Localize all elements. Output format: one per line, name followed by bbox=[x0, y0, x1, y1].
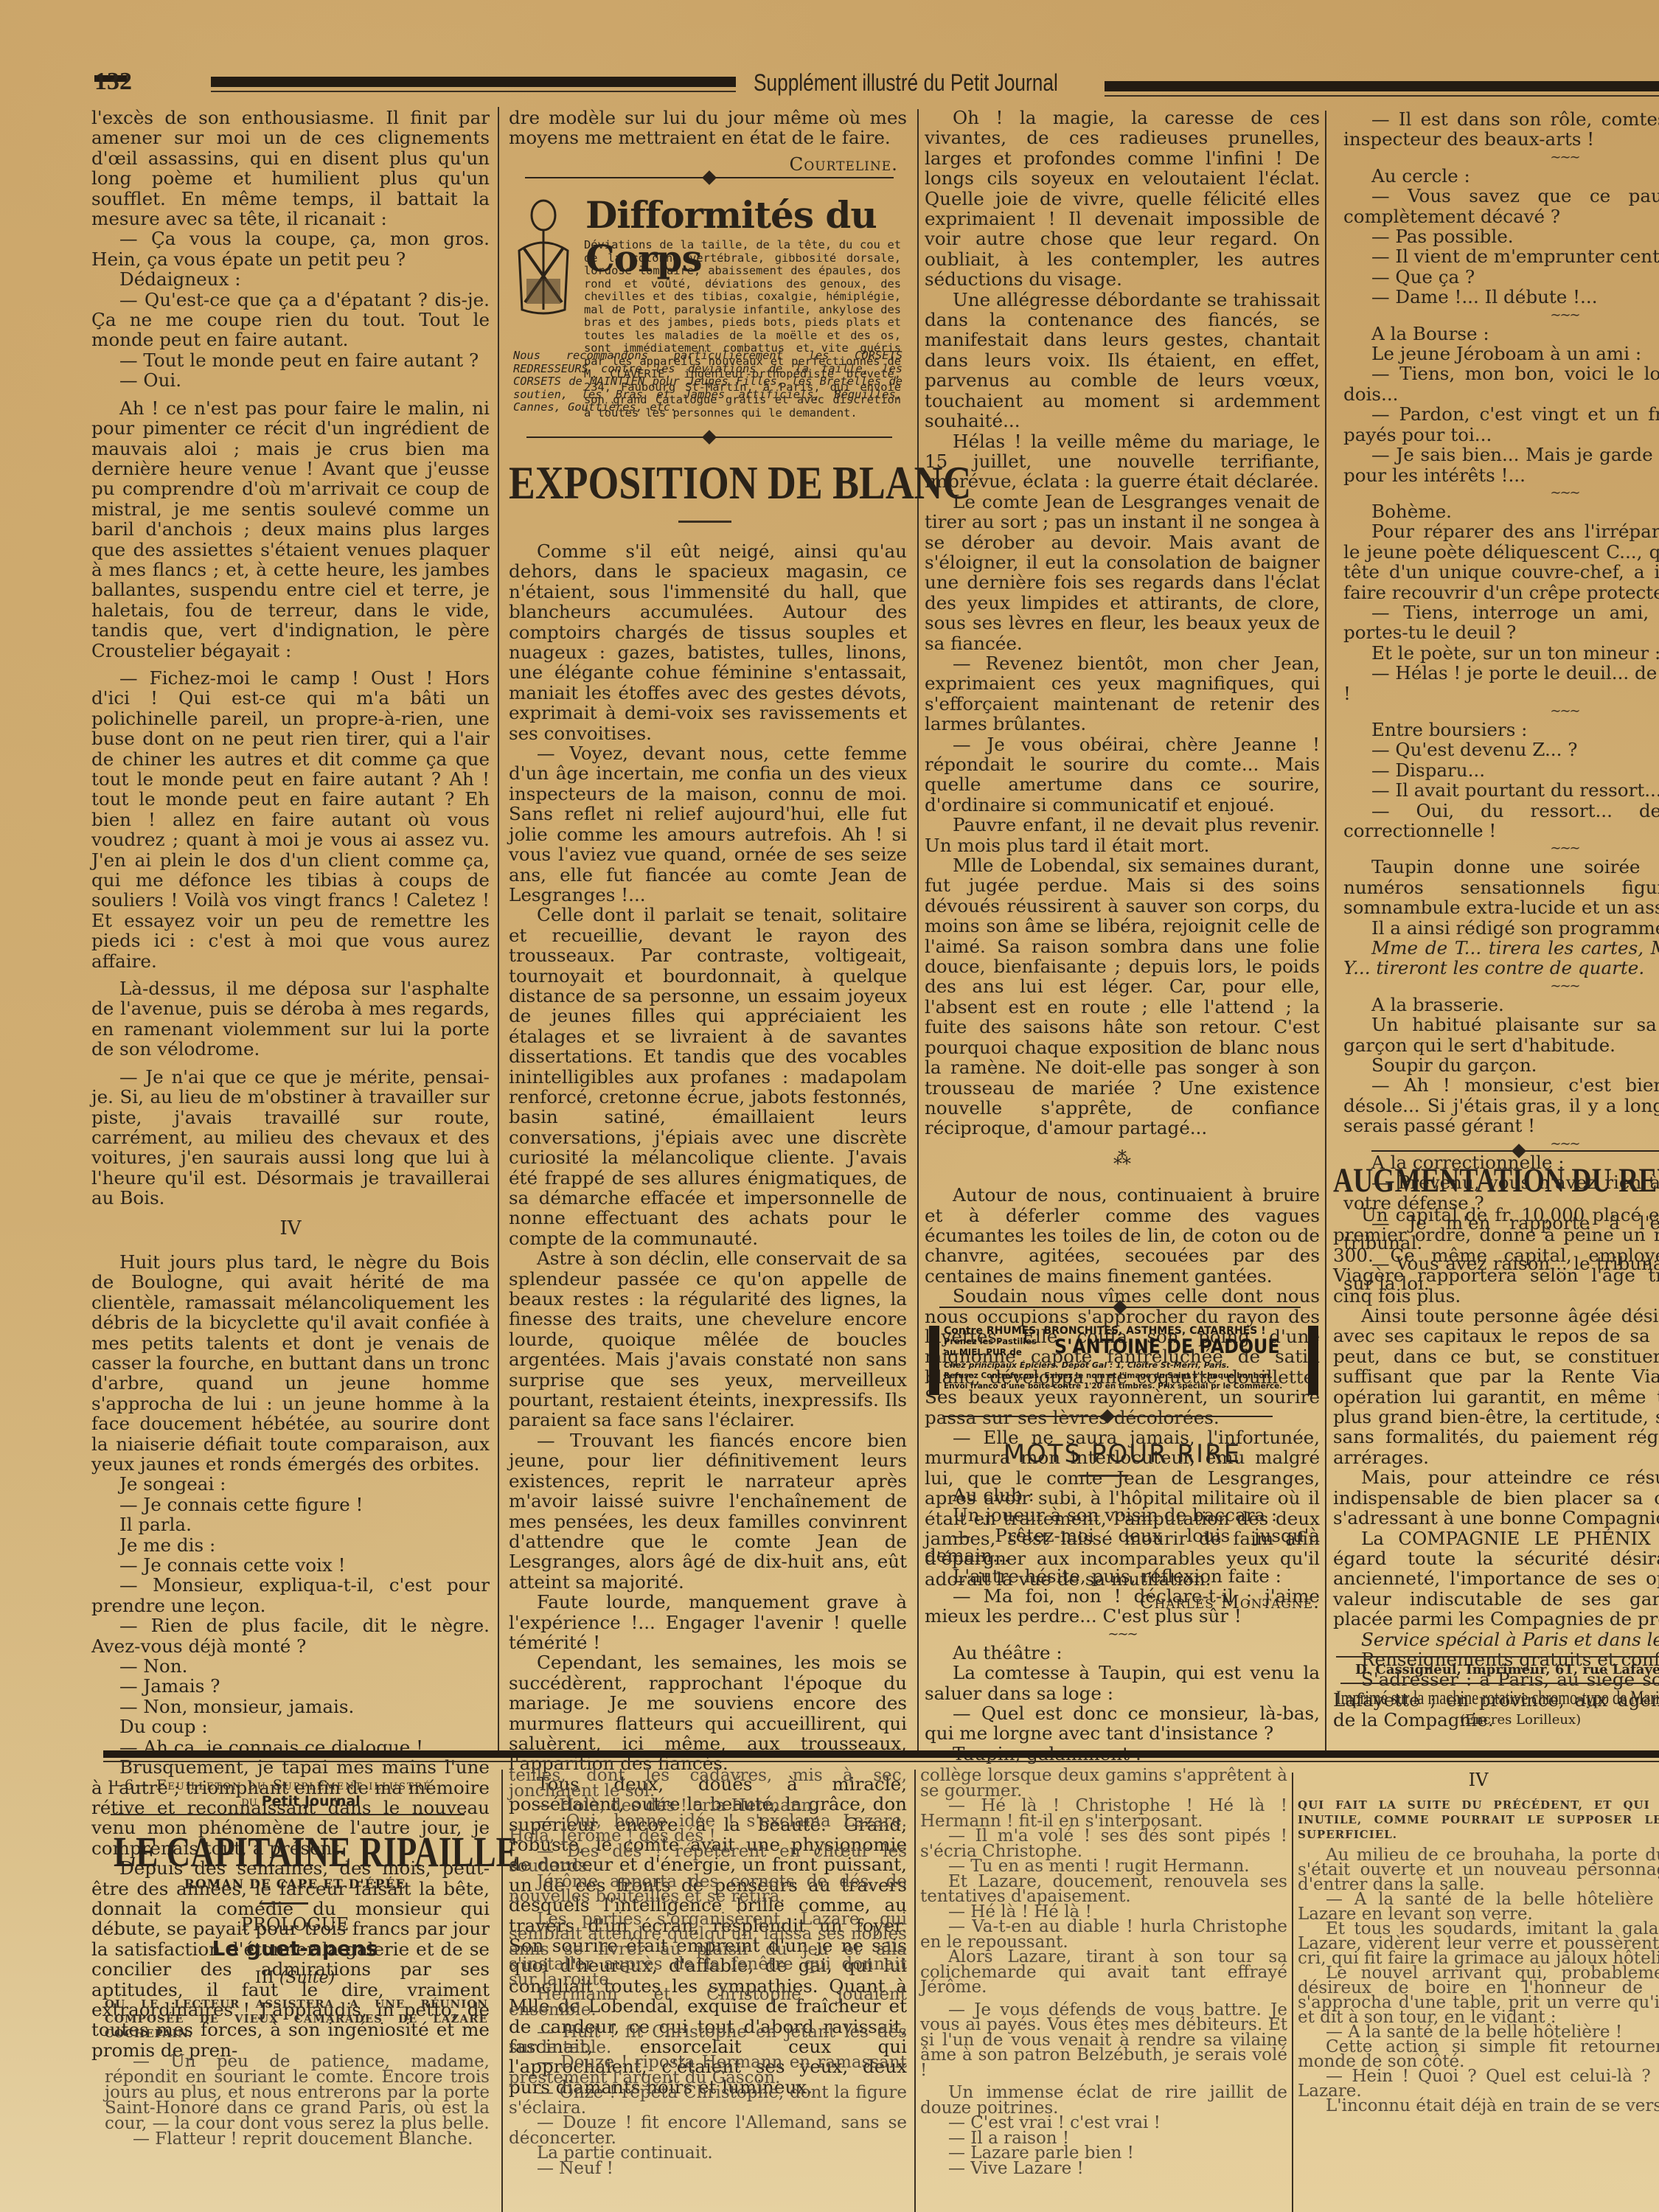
ornamental-divider bbox=[1371, 1150, 1659, 1152]
paragraph: — Tout le monde peut en faire autant ? bbox=[91, 350, 490, 370]
joke-line: Pour réparer des ans l'irréparable outra… bbox=[1343, 521, 1659, 602]
paragraph: Alors Lazare, tirant à son tour sa colic… bbox=[920, 1950, 1287, 1995]
feuilleton-column-2: teilles, dont les cadavres, mis à sec, j… bbox=[509, 1768, 907, 2176]
serial-part-title: Le guet-apens bbox=[96, 1936, 494, 1961]
chapter-numeral: IV bbox=[1298, 1770, 1659, 1790]
paragraph: — Ça vous la coupe, ça, mon gros. Hein, … bbox=[91, 229, 490, 269]
paragraph: — Oui. bbox=[91, 370, 490, 390]
joke-line: Il a ainsi rédigé son programme : bbox=[1343, 918, 1659, 938]
story-ending: dre modèle sur lui du jour même où mes m… bbox=[509, 108, 907, 148]
joke-line: — Vous savez que ce pauvre X... est comp… bbox=[1343, 186, 1659, 226]
paragraph: — Je n'ai que ce que je mérite, pensai-j… bbox=[91, 1067, 490, 1208]
paragraph: — Huit ! fit Christophe en jetant les dé… bbox=[509, 2025, 907, 2055]
joke-line: A la Bourse : bbox=[1343, 324, 1659, 344]
paragraph: Au milieu de ce brouhaha, la porte du ca… bbox=[1298, 1848, 1659, 1892]
feuilleton-rule bbox=[111, 1814, 465, 1815]
paragraph: — Je vous défends de vous battre. Je vou… bbox=[920, 2003, 1287, 2079]
joke-line: — Que ça ? bbox=[1343, 267, 1659, 287]
paragraph: Dédaigneux : bbox=[91, 269, 490, 289]
author-signature: Courteline. bbox=[509, 154, 898, 174]
ad-line: Chez principaux Épiciers. Dépôt Gal : 1,… bbox=[944, 1360, 1304, 1371]
paragraph: — Non. bbox=[91, 1656, 490, 1676]
joke-line: Au théâtre : bbox=[925, 1643, 1320, 1663]
column-divider-1 bbox=[498, 107, 499, 1755]
paragraph: — Oui, bonne idée ! s'exclama Lazare. Ho… bbox=[509, 1814, 907, 1844]
joke-separator: ∼∼∼ bbox=[925, 1630, 1320, 1640]
paragraph: — Flatteur ! reprit doucement Blanche. bbox=[105, 2132, 490, 2147]
advertisement-pastilles[interactable]: Contre RHUMES, BRONCHITES, ASTHMES, CATA… bbox=[929, 1326, 1318, 1395]
joke-line: Au club : bbox=[925, 1485, 1320, 1505]
title-underline bbox=[260, 1902, 308, 1905]
joke-line: Bohème. bbox=[1343, 501, 1659, 521]
joke-line: — Qu'est devenu Z... ? bbox=[1343, 740, 1659, 759]
feuilleton-paragraphs: teilles, dont les cadavres, mis à sec, j… bbox=[509, 1768, 907, 2176]
joke-line: Taupin donne une soirée : parmi les numé… bbox=[1343, 857, 1659, 917]
joke-line: — Prêtez-moi deux louis jusqu'à demain..… bbox=[925, 1526, 1320, 1566]
joke-line: Mme de T... tirera les cartes, MM. de X.… bbox=[1343, 938, 1659, 978]
paragraph: — Onze ! répéta Christophe, dont la figu… bbox=[509, 2085, 907, 2115]
paragraph: — Neuf ! bbox=[509, 2161, 907, 2177]
joke-line: — Hélas ! je porte le deuil... de mon ch… bbox=[1343, 663, 1659, 703]
chapter-suffix: (Suite) bbox=[279, 1969, 335, 1987]
story-column-2: dre modèle sur lui du jour même où mes m… bbox=[509, 108, 907, 174]
joke-line: A la brasserie. bbox=[1343, 995, 1659, 1015]
imprint-rule bbox=[1340, 1683, 1659, 1684]
joke-separator: ∼∼∼ bbox=[1343, 844, 1659, 854]
serial-subtitle: ROMAN DE CAPE ET D'ÉPÉE bbox=[96, 1877, 494, 1892]
article-title: EXPOSITION DE BLANC bbox=[509, 456, 971, 510]
joke-line: — Il avait pourtant du ressort... bbox=[1343, 780, 1659, 800]
serial-part: PROLOGUE bbox=[96, 1914, 494, 1935]
ad-line: au MIEL PUR de bbox=[944, 1348, 1022, 1357]
joke-separator: ∼∼∼ bbox=[1343, 706, 1659, 717]
paragraph: Le comte Jean de Lesgranges venait de ti… bbox=[925, 492, 1320, 653]
paragraph: — Qu'est-ce que ça a d'épatant ? dis-je.… bbox=[91, 290, 490, 350]
joke-separator: ∼∼∼ bbox=[1343, 1139, 1659, 1150]
paragraph: Mlle de Lobendal, six semaines durant, f… bbox=[925, 855, 1320, 1138]
joke-separator: ∼∼∼ bbox=[1343, 488, 1659, 498]
chapter-summary: OU LE LECTEUR ASSISTERA A UNE RÉUNION CO… bbox=[105, 1997, 488, 2041]
paragraph: — Douze ! riposta Hermann en ramassant p… bbox=[509, 2055, 907, 2085]
ad-paragraph: La COMPAGNIE LE PHÉNIX offre à cet égard… bbox=[1333, 1528, 1659, 1630]
jokes-column-3: Au club :Un joueur à son voisin de bacca… bbox=[925, 1485, 1320, 1764]
feuilleton-separator-thin bbox=[103, 1761, 1659, 1762]
paragraph: Astre à son déclin, elle conservait de s… bbox=[509, 1248, 907, 1430]
joke-line: — Disparu... bbox=[1343, 760, 1659, 780]
paragraph: — Je connais cette figure ! bbox=[91, 1495, 490, 1514]
paragraph: Ah ! ce n'est pas pour faire le malin, n… bbox=[91, 398, 490, 661]
ornamental-divider bbox=[526, 437, 892, 438]
serial-title: LE CAPITAINE RIPAILLE bbox=[114, 1827, 518, 1877]
story-column-1: l'excès de son enthousiasme. Il finit pa… bbox=[91, 108, 490, 2060]
section-title-mots-pour-rire: MOTS POUR RIRE bbox=[925, 1439, 1320, 1469]
feuilleton-paragraphs: — Un peu de patience, madame, répondit e… bbox=[105, 2054, 490, 2147]
printer-imprint: D. Cassigneul, Imprimeur, 61, rue Lafaye… bbox=[1355, 1662, 1659, 1677]
feuilleton-divider-3 bbox=[1292, 1773, 1293, 2212]
jokes-list: — Il est dans son rôle, comtesse : c'est… bbox=[1343, 109, 1659, 1294]
paragraph: — Il m'a volé ! ses dés sont pipés ! s'é… bbox=[920, 1829, 1287, 1859]
paragraph: Pauvre enfant, il ne devait plus revenir… bbox=[925, 815, 1320, 855]
paragraph: — Va-t-en au diable ! hurla Christophe e… bbox=[920, 1919, 1287, 1950]
column-divider-3 bbox=[1325, 111, 1326, 1755]
joke-line: Et le poète, sur un ton mineur : bbox=[1343, 643, 1659, 663]
joke-line: — Ma foi, non ! déclare-t-il ; j'aime mi… bbox=[925, 1586, 1320, 1627]
paragraph: collège lorsque deux gamins s'apprêtent … bbox=[920, 1768, 1287, 1798]
ad-paragraph: Un capital de fr. 10,000 placé en valeur… bbox=[1333, 1205, 1659, 1306]
header-rule-left-thin bbox=[211, 91, 736, 92]
paragraph: Un immense éclat de rire jaillit de douz… bbox=[920, 2085, 1287, 2115]
paragraph: — Hé là ! Christophe ! Hé là ! Hermann !… bbox=[920, 1798, 1287, 1829]
section-numeral: IV bbox=[91, 1219, 490, 1239]
paragraph: — Douze ! fit encore l'Allemand, sans se… bbox=[509, 2115, 907, 2146]
paragraph: Jérôme apporta des cornets de dés, de no… bbox=[509, 1874, 907, 1905]
ad-paragraph: Ainsi toute personne âgée désirant assur… bbox=[1333, 1306, 1659, 1467]
ad-line: Prenez les Pastilles bbox=[944, 1337, 1037, 1346]
paragraph: Cette action si simple fit retourner tou… bbox=[1298, 2039, 1659, 2069]
paragraph: — Non, monsieur, jamais. bbox=[91, 1697, 490, 1717]
joke-line: — Il vient de m'emprunter cent sous. bbox=[1343, 246, 1659, 266]
paragraph: — Fichez-moi le camp ! Oust ! Hors d'ici… bbox=[91, 668, 490, 971]
ornamental-divider bbox=[525, 177, 894, 178]
paragraph: — A la santé de la belle hôtelière ! s'é… bbox=[1298, 1892, 1659, 1921]
paragraph: teilles, dont les cadavres, mis à sec, j… bbox=[509, 1768, 907, 1798]
joke-line: Au cercle : bbox=[1343, 166, 1659, 186]
story-paragraphs: l'excès de son enthousiasme. Il finit pa… bbox=[91, 108, 490, 1208]
joke-line: — Ah ! monsieur, c'est bien ce qui me dé… bbox=[1343, 1075, 1659, 1135]
feuilleton-journal-name: Petit Journal bbox=[262, 1793, 361, 1809]
paragraph: — Un peu de patience, madame, répondit e… bbox=[105, 2054, 490, 2132]
paragraph: Une allégresse débordante se trahissait … bbox=[925, 290, 1320, 431]
title-underline bbox=[1079, 1475, 1128, 1477]
ornamental-divider bbox=[942, 1416, 1273, 1417]
paragraph: Comme s'il eût neigé, ainsi qu'au dehors… bbox=[509, 541, 907, 743]
advertisement-difformites[interactable]: Difformités du Corps Déviations de la ta… bbox=[513, 193, 904, 437]
advertisement-rente-viagere[interactable]: AUGMENTATION DU REVENU Un capital de fr.… bbox=[1333, 1161, 1659, 1731]
corset-illustration-icon bbox=[513, 199, 574, 324]
joke-line: Un joueur à son voisin de baccara : bbox=[925, 1505, 1320, 1525]
paragraph: — Revenez bientôt, mon cher Jean, exprim… bbox=[925, 653, 1320, 734]
title-underline bbox=[678, 521, 731, 523]
paragraph: Les parties s'organisèrent. Lazare, qui … bbox=[509, 1912, 907, 1988]
paragraph: Je me dis : bbox=[91, 1535, 490, 1555]
inks-credit: (Encres Lorilleux) bbox=[1460, 1712, 1581, 1728]
header-rule-right-thin bbox=[1105, 95, 1659, 97]
paragraph: l'excès de son enthousiasme. Il finit pa… bbox=[91, 108, 490, 229]
paragraph: L'inconnu était déjà en train de se vers… bbox=[1298, 2098, 1659, 2113]
joke-line: Soupir du garçon. bbox=[1343, 1055, 1659, 1075]
paragraph: Hermann et Christophe jouaient ensemble. bbox=[509, 1987, 907, 2017]
joke-line: — Je sais bien... Mais je garde les ving… bbox=[1343, 445, 1659, 485]
paragraph: Faute lourde, manquement grave à l'expér… bbox=[509, 1592, 907, 1652]
paragraph: Là-dessus, il me déposa sur l'asphalte d… bbox=[91, 978, 490, 1060]
joke-separator: ∼∼∼ bbox=[1343, 981, 1659, 992]
feuilleton-column-4: Au milieu de ce brouhaha, la porte du ca… bbox=[1298, 1848, 1659, 2113]
ad-paragraph: Service spécial à Paris et dans les Agen… bbox=[1333, 1630, 1659, 1649]
joke-line: — Il est dans son rôle, comtesse : c'est… bbox=[1343, 109, 1659, 150]
ad-brand: S'ANTOINE DE PADOUE bbox=[1054, 1335, 1280, 1359]
header-rule-right bbox=[1105, 81, 1659, 91]
joke-line: — Pardon, c'est vingt et un francs que j… bbox=[1343, 404, 1659, 445]
joke-line: Entre boursiers : bbox=[1343, 720, 1659, 740]
ad-recommendation: Nous recommandons particulièrement les C… bbox=[513, 349, 902, 414]
feuilleton-heading: Feuilleton du Supplément illustré bbox=[156, 1777, 432, 1793]
paragraph: — Je vous obéirai, chère Jeanne ! répond… bbox=[925, 734, 1320, 815]
joke-separator: ∼∼∼ bbox=[1343, 153, 1659, 163]
feuilleton-paragraphs: Au milieu de ce brouhaha, la porte du ca… bbox=[1298, 1848, 1659, 2113]
paragraph: — Des dés ! répétèrent en chœur les soud… bbox=[509, 1844, 907, 1874]
paragraph: Et Lazare, doucement, renouvela ses tent… bbox=[920, 1874, 1287, 1905]
feuilleton-masthead: —6— Feuilleton du Supplément illustré du… bbox=[109, 1777, 493, 1809]
asterism: ⁂ bbox=[925, 1149, 1320, 1169]
paragraph: Le nouvel arrivant qui, probablement, ét… bbox=[1298, 1966, 1659, 2025]
joke-line: — Tiens, mon bon, voici le louis que je … bbox=[1343, 364, 1659, 404]
ad-line: Envoi franco d'une boîte contre 1'20 en … bbox=[944, 1381, 1304, 1391]
joke-line: L'autre hésite, puis, réflexion faite : bbox=[925, 1566, 1320, 1586]
joke-separator: ∼∼∼ bbox=[1343, 310, 1659, 321]
header-rule-left bbox=[211, 77, 736, 87]
paragraph: — Monsieur, expliqua-t-il, c'est pour pr… bbox=[91, 1575, 490, 1615]
joke-line: Le jeune Jéroboam à un ami : bbox=[1343, 344, 1659, 364]
ad-title: AUGMENTATION DU REVENU bbox=[1333, 1161, 1659, 1200]
joke-line: — Dame !... Il débute !... bbox=[1343, 287, 1659, 307]
feuilleton-paragraphs: collège lorsque deux gamins s'apprêtent … bbox=[920, 1768, 1287, 2176]
feuilleton-number: —6— bbox=[109, 1777, 150, 1793]
paragraph: — Jamais ? bbox=[91, 1676, 490, 1696]
chapter-number: III bbox=[255, 1969, 274, 1987]
paragraph: Et tous les soudards, imitant la galante… bbox=[1298, 1921, 1659, 1966]
chapter-summary: QUI FAIT LA SUITE DU PRÉCÉDENT, ET QUI N… bbox=[1298, 1798, 1659, 1842]
joke-line: — Pas possible. bbox=[1343, 226, 1659, 246]
paragraph: — Trouvant les fiancés encore bien jeune… bbox=[509, 1430, 907, 1592]
column-divider-2 bbox=[917, 109, 919, 1755]
paragraph: Hélas ! la veille même du mariage, le 15… bbox=[925, 431, 1320, 492]
paragraph: — Rien de plus facile, dit le nègre. Ave… bbox=[91, 1615, 490, 1656]
joke-line: — Tiens, interroge un ami, de qui donc p… bbox=[1343, 602, 1659, 643]
jokes-column-4: — Il est dans son rôle, comtesse : c'est… bbox=[1343, 109, 1659, 1294]
ad-paragraph: Mais, pour atteindre ce résultat, il est… bbox=[1333, 1467, 1659, 1528]
joke-line: — Oui, du ressort... de la police correc… bbox=[1343, 801, 1659, 841]
paragraph: Je songeai : bbox=[91, 1474, 490, 1494]
page-number: 132 bbox=[94, 68, 132, 96]
paragraph: — Voyez, devant nous, cette femme d'un â… bbox=[509, 743, 907, 905]
paragraph: — Hein ! Quoi ? Quel est celui-là ? murm… bbox=[1298, 2069, 1659, 2098]
joke-line: Un habitué plaisante sur sa maigreur le … bbox=[1343, 1015, 1659, 1055]
paragraph: — Vive Lazare ! bbox=[920, 2161, 1287, 2177]
feuilleton-separator bbox=[103, 1750, 1659, 1758]
feuilleton-divider-2 bbox=[914, 1770, 916, 2212]
imprint-rule bbox=[1336, 1656, 1659, 1658]
feuilleton-column-3: collège lorsque deux gamins s'apprêtent … bbox=[920, 1768, 1287, 2176]
press-line: Imprimé sur la machine rotative chromo-t… bbox=[1336, 1687, 1659, 1709]
ad-line: Refusez Contrefaçons. Exigez le nom et l… bbox=[944, 1371, 1304, 1381]
serial-chapter: III (Suite) bbox=[96, 1969, 494, 1987]
paragraph: Du coup : bbox=[91, 1717, 490, 1736]
feuilleton-heading-du: du bbox=[241, 1793, 257, 1809]
joke-line: La comtesse à Taupin, qui est venu la sa… bbox=[925, 1663, 1320, 1703]
paragraph: Il parla. bbox=[91, 1514, 490, 1534]
paragraph: Oh ! la magie, la caresse de ces vivante… bbox=[925, 108, 1320, 290]
publication-title: Supplément illustré du Petit Journal bbox=[754, 69, 1058, 97]
paragraph: — Je connais cette voix ! bbox=[91, 1555, 490, 1575]
paragraph: Celle dont il parlait se tenait, solitai… bbox=[509, 905, 907, 1248]
paragraph: Huit jours plus tard, le nègre du Bois d… bbox=[91, 1252, 490, 1474]
article-paragraphs: Oh ! la magie, la caresse de ces vivante… bbox=[925, 108, 1320, 1138]
joke-line: — Quel est donc ce monsieur, là-bas, qui… bbox=[925, 1703, 1320, 1744]
feuilleton-column-1: — Un peu de patience, madame, répondit e… bbox=[105, 2054, 490, 2147]
paragraph: Autour de nous, continuaient à bruire et… bbox=[925, 1185, 1320, 1286]
ornamental-divider bbox=[939, 1307, 1301, 1308]
jokes-list: Au club :Un joueur à son voisin de bacca… bbox=[925, 1485, 1320, 1764]
